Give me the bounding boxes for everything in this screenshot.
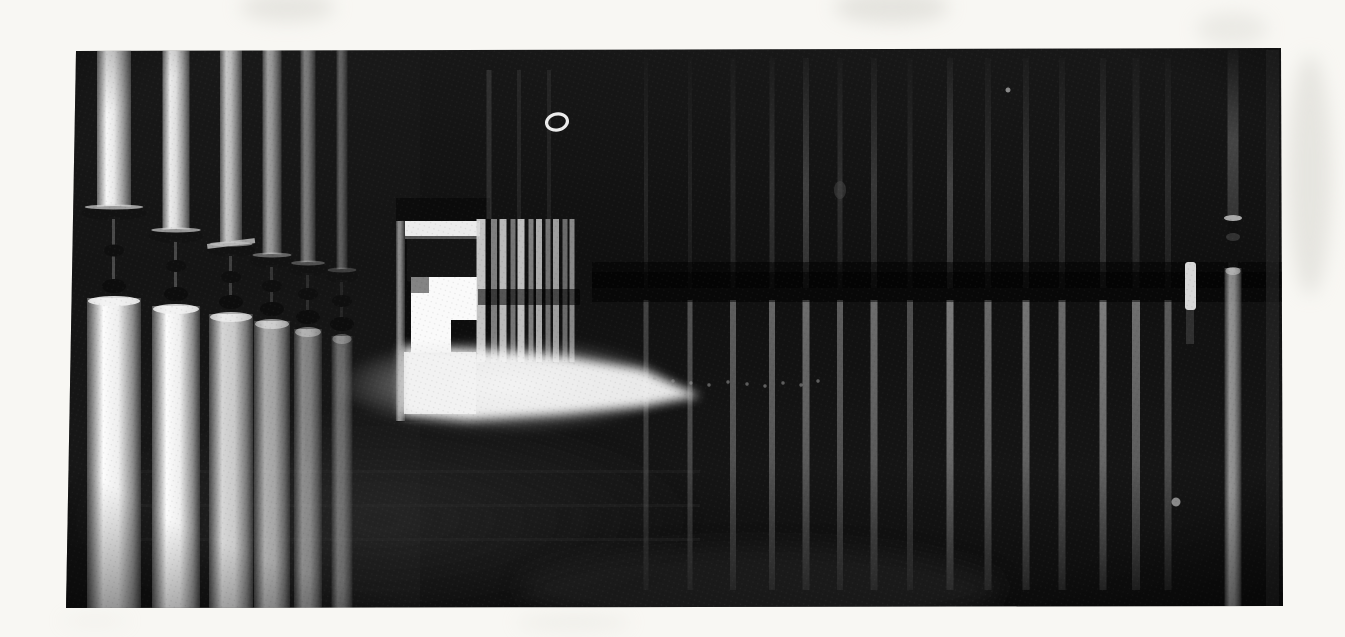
photograph-canvas bbox=[0, 0, 1345, 637]
mine-gallery-photograph bbox=[0, 0, 1345, 637]
photo-scene bbox=[60, 42, 1290, 630]
scanned-page bbox=[0, 0, 1345, 637]
photo-vignette bbox=[60, 42, 1290, 614]
